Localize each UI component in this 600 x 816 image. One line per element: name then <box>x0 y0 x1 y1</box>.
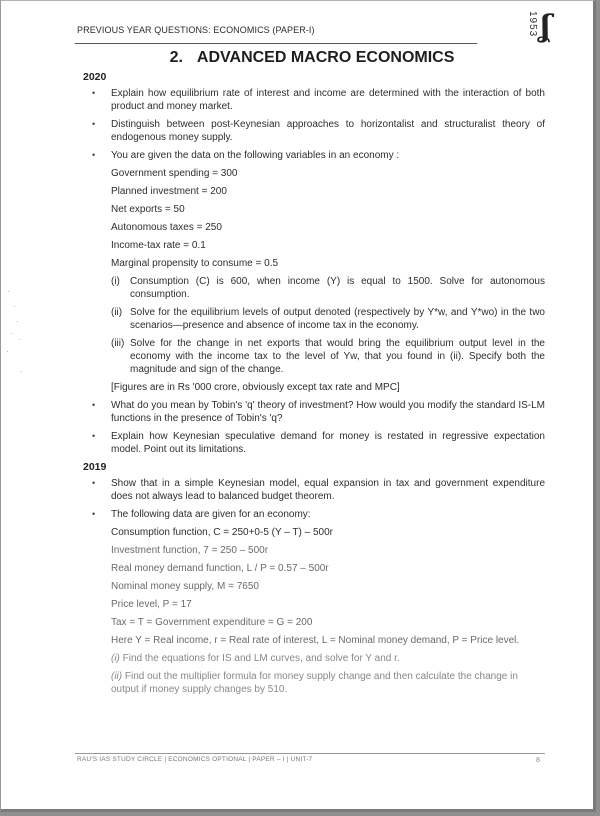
chapter-number: 2. <box>170 49 183 66</box>
sub-question-label: (iii) <box>111 337 124 350</box>
sub-question-label: (i) <box>111 653 120 664</box>
chapter-heading: ADVANCED MACRO ECONOMICS <box>197 49 454 66</box>
sub-question-label: (ii) <box>111 306 122 319</box>
data-line: Autonomous taxes = 250 <box>85 221 545 234</box>
chapter-title: 2.ADVANCED MACRO ECONOMICS <box>1 49 593 67</box>
scan-artifacts <box>5 281 35 401</box>
institute-logo: 1953 ʆ <box>527 7 577 47</box>
document-page: PREVIOUS YEAR QUESTIONS: ECONOMICS (PAPE… <box>0 0 596 812</box>
sub-question-label: (i) <box>111 275 120 288</box>
sub-question-text: Solve for the equilibrium levels of outp… <box>130 307 545 331</box>
header-divider <box>75 43 477 44</box>
sub-question: (ii) Solve for the equilibrium levels of… <box>85 306 545 332</box>
data-line: Government spending = 300 <box>85 167 545 180</box>
year-heading-2019: 2019 <box>83 461 545 474</box>
logo-year: 1953 <box>527 11 538 37</box>
question-item: The following data are given for an econ… <box>85 508 545 521</box>
year-heading-2020: 2020 <box>83 71 545 84</box>
sub-question: (iii) Solve for the change in net export… <box>85 337 545 376</box>
sub-question: (i) Find the equations for IS and LM cur… <box>85 652 545 665</box>
questions-content: 2020 Explain how equilibrium rate of int… <box>85 71 545 701</box>
footer-divider <box>75 753 545 754</box>
question-item: You are given the data on the following … <box>85 149 545 162</box>
question-text: Distinguish between post-Keynesian appro… <box>111 119 545 143</box>
figures-note: [Figures are in Rs '000 crore, obviously… <box>85 381 545 394</box>
sub-question-label: (ii) <box>111 671 122 682</box>
data-line: Marginal propensity to consume = 0.5 <box>85 257 545 270</box>
definitions-line: Here Y = Real income, r = Real rate of i… <box>85 634 545 647</box>
data-line: Real money demand function, L / P = 0.57… <box>85 562 545 575</box>
data-line: Investment function, 7 = 250 – 500r <box>85 544 545 557</box>
data-line: Income-tax rate = 0.1 <box>85 239 545 252</box>
sub-question-text: Find out the multiplier formula for mone… <box>111 671 518 695</box>
data-line: Planned investment = 200 <box>85 185 545 198</box>
data-line: Consumption function, C = 250+0-5 (Y – T… <box>85 526 545 539</box>
question-item: What do you mean by Tobin's 'q' theory o… <box>85 399 545 425</box>
question-item: Distinguish between post-Keynesian appro… <box>85 118 545 144</box>
sub-question: (i) Consumption (C) is 600, when income … <box>85 275 545 301</box>
sub-question-text: Find the equations for IS and LM curves,… <box>123 653 400 664</box>
data-line: Tax = T = Government expenditure = G = 2… <box>85 616 545 629</box>
question-item: Explain how Keynesian speculative demand… <box>85 430 545 456</box>
question-item: Show that in a simple Keynesian model, e… <box>85 477 545 503</box>
data-line: Net exports = 50 <box>85 203 545 216</box>
sub-question-text: Solve for the change in net exports that… <box>130 338 545 375</box>
question-item: Explain how equilibrium rate of interest… <box>85 87 545 113</box>
data-line: Nominal money supply, M = 7650 <box>85 580 545 593</box>
sub-question: (ii) Find out the multiplier formula for… <box>85 670 545 696</box>
running-header: PREVIOUS YEAR QUESTIONS: ECONOMICS (PAPE… <box>77 25 315 35</box>
logo-icon: ʆ <box>539 9 554 44</box>
page-number: 8 <box>536 757 540 764</box>
data-line: Price level, P = 17 <box>85 598 545 611</box>
sub-question-text: Consumption (C) is 600, when income (Y) … <box>130 276 545 300</box>
running-footer: RAU'S IAS STUDY CIRCLE | ECONOMICS OPTIO… <box>77 756 312 763</box>
